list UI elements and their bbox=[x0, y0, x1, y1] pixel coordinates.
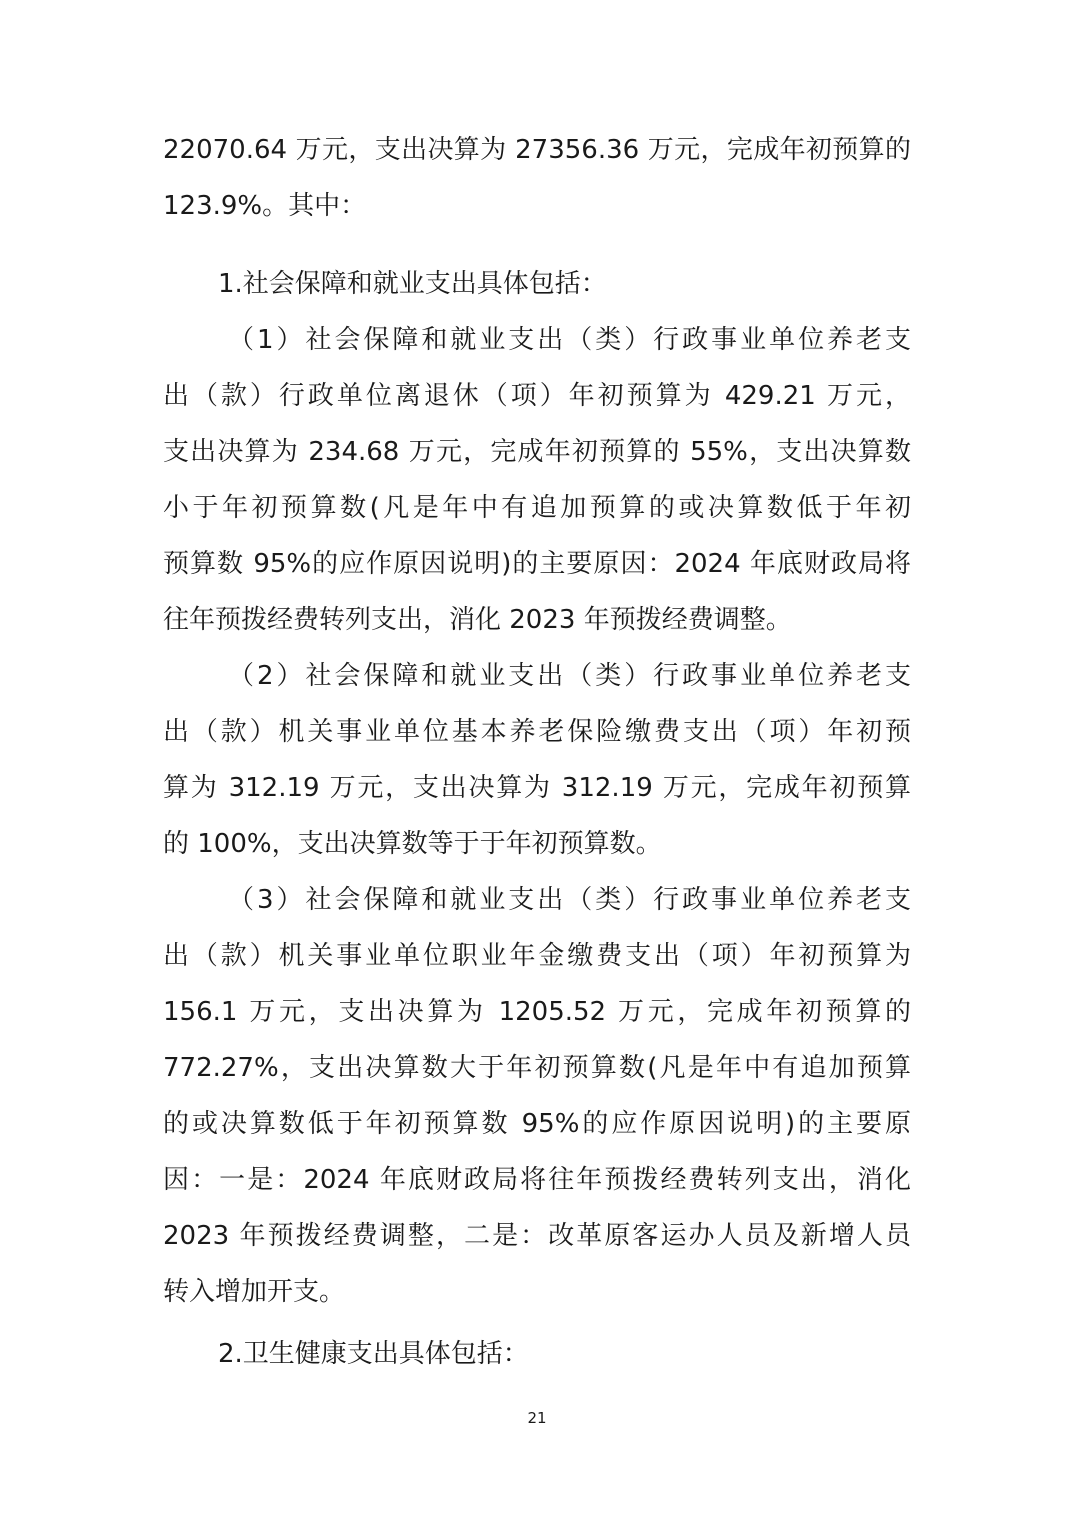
paragraph-line: （1）社会保障和就业支出（类）行政事业单位养老支 bbox=[228, 320, 911, 360]
paragraph-line: 156.1 万元，支出决算为 1205.52 万元，完成年初预算的 bbox=[163, 992, 911, 1032]
paragraph-line: 小于年初预算数(凡是年中有追加预算的或决算数低于年初 bbox=[163, 488, 911, 528]
paragraph-line: 出（款）行政单位离退休（项）年初预算为 429.21 万元， bbox=[163, 376, 911, 416]
document-page: 22070.64 万元，支出决算为 27356.36 万元，完成年初预算的 12… bbox=[0, 0, 1074, 1520]
paragraph-line: 算为 312.19 万元，支出决算为 312.19 万元，完成年初预算 bbox=[163, 768, 911, 808]
paragraph-line: 往年预拨经费转列支出，消化 2023 年预拨经费调整。 bbox=[163, 600, 911, 640]
paragraph-line: 支出决算为 234.68 万元，完成年初预算的 55%，支出决算数 bbox=[163, 432, 911, 472]
paragraph-line: 转入增加开支。 bbox=[163, 1272, 911, 1312]
paragraph-line: 2023 年预拨经费调整，二是：改革原客运办人员及新增人员 bbox=[163, 1216, 911, 1256]
paragraph-line: （2）社会保障和就业支出（类）行政事业单位养老支 bbox=[228, 656, 911, 696]
paragraph-line: 预算数 95%的应作原因说明)的主要原因：2024 年底财政局将 bbox=[163, 544, 911, 584]
paragraph-line: （3）社会保障和就业支出（类）行政事业单位养老支 bbox=[228, 880, 911, 920]
section-heading-social-security: 1.社会保障和就业支出具体包括： bbox=[218, 264, 911, 304]
paragraph-line: 772.27%，支出决算数大于年初预算数(凡是年中有追加预算 bbox=[163, 1048, 911, 1088]
paragraph-line: 22070.64 万元，支出决算为 27356.36 万元，完成年初预算的 bbox=[163, 130, 911, 170]
paragraph-line: 出（款）机关事业单位职业年金缴费支出（项）年初预算为 bbox=[163, 936, 911, 976]
paragraph-line: 的 100%，支出决算数等于于年初预算数。 bbox=[163, 824, 911, 864]
paragraph-line: 123.9%。其中： bbox=[163, 186, 911, 226]
section-heading-health: 2.卫生健康支出具体包括： bbox=[218, 1334, 911, 1374]
paragraph-line: 的或决算数低于年初预算数 95%的应作原因说明)的主要原 bbox=[163, 1104, 911, 1144]
paragraph-line: 因：一是：2024 年底财政局将往年预拨经费转列支出，消化 bbox=[163, 1160, 911, 1200]
paragraph-line: 出（款）机关事业单位基本养老保险缴费支出（项）年初预 bbox=[163, 712, 911, 752]
page-number: 21 bbox=[0, 1408, 1074, 1428]
